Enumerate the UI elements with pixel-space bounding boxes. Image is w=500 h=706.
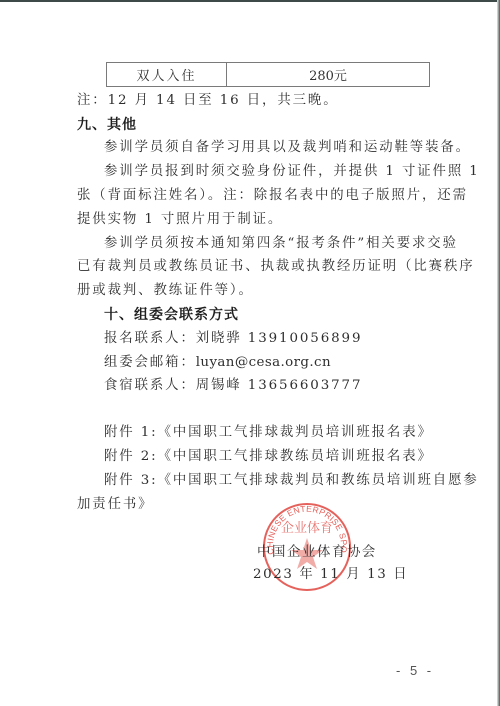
contact-label: 食宿联系人： <box>104 378 196 393</box>
contact-accommodation: 食宿联系人：周锡峰 13656603777 <box>104 377 362 395</box>
signing-date: 2023 年 11 月 13 日 <box>253 563 408 582</box>
section-9-paragraph: 已有裁判员或教练员证书、执裁或执教经历证明（比赛秩序 <box>77 258 475 276</box>
contact-label: 组委会邮箱： <box>104 355 196 370</box>
attachment-3-continued: 加责任书》 <box>77 496 153 514</box>
section-9-heading: 九、其他 <box>77 116 137 134</box>
contact-value: 周锡峰 13656603777 <box>196 378 363 393</box>
document-page: 双人入住 280元 注：12 月 14 日至 16 日，共三晚。 九、其他 参训… <box>0 0 500 706</box>
svg-text:企业体育: 企业体育 <box>281 520 333 536</box>
attachment-2: 附件 2:《中国职工气排球教练员培训班报名表》 <box>104 448 433 466</box>
accommodation-table-row: 双人入住 280元 <box>106 62 430 87</box>
contact-label: 报名联系人： <box>104 331 196 346</box>
section-9-paragraph: 张（背面标注姓名）。注：除报名表中的电子版照片，还需 <box>77 187 468 205</box>
accommodation-note: 注：12 月 14 日至 16 日，共三晚。 <box>77 92 339 110</box>
price-cell: 280元 <box>227 63 429 86</box>
attachment-1: 附件 1:《中国职工气排球裁判员培训班报名表》 <box>104 424 433 442</box>
section-10-heading: 十、组委会联系方式 <box>104 306 239 324</box>
attachment-3: 附件 3:《中国职工气排球裁判员和教练员培训班自愿参 <box>104 472 479 490</box>
contact-email: 组委会邮箱：luyan@cesa.org.cn <box>104 354 331 372</box>
section-9-paragraph: 提供实物 1 寸照片用于制证。 <box>77 211 283 229</box>
section-9-paragraph: 参训学员须自备学习用具以及裁判哨和运动鞋等装备。 <box>104 139 471 157</box>
section-9-paragraph: 参训学员报到时须交验身份证件，并提供 1 寸证件照 1 <box>104 163 480 181</box>
room-type-cell: 双人入住 <box>107 63 227 86</box>
contact-value: 刘晓骅 13910056899 <box>196 331 363 346</box>
contact-registration: 报名联系人：刘晓骅 13910056899 <box>104 330 362 348</box>
page-number: - 5 - <box>396 663 434 678</box>
section-9-paragraph: 参训学员须按本通知第四条“报考条件”相关要求交验 <box>104 235 458 253</box>
signing-organization: 中国企业体育协会 <box>257 541 377 560</box>
email-link[interactable]: luyan@cesa.org.cn <box>196 355 331 370</box>
section-9-paragraph: 册或裁判、教练证件等）。 <box>77 282 254 300</box>
